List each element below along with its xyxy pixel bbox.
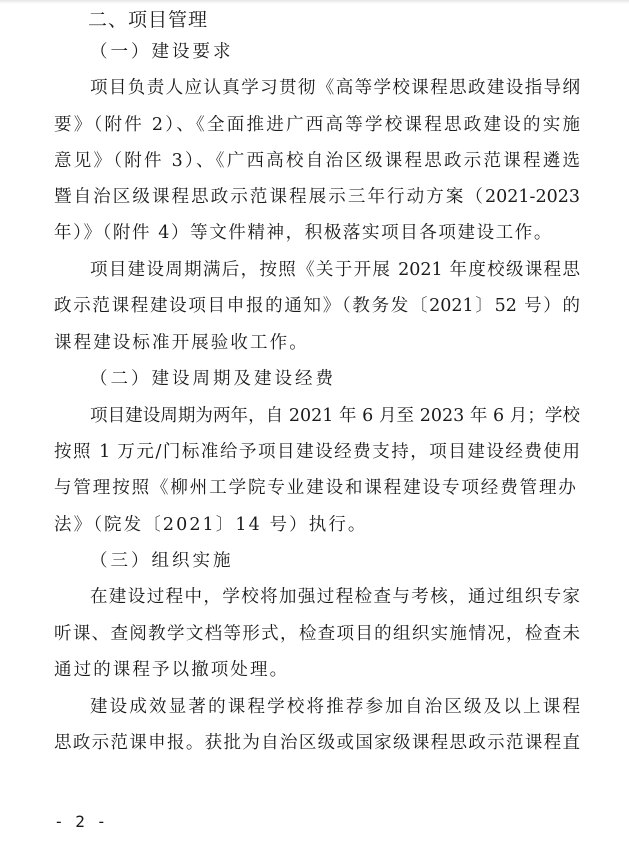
paragraph-line: 暨自治区级课程思政示范课程展示三年行动方案（2021-2023 [54,185,580,209]
paragraph-line: 意见》（附件 3）、《广西高校自治区级课程思政示范课程遴选 [54,149,580,173]
paragraph-line: 项目负责人应认真学习贯彻《高等学校课程思政建设指导纲 [90,76,580,100]
subsection-heading-3: （三）组织实施 [90,549,234,573]
page-number: - 2 - [54,812,107,831]
paragraph-line: 思政示范课申报。获批为自治区级或国家级课程思政示范课程直 [54,731,580,755]
paragraph-line: 年）》（附件 4）等文件精神，积极落实项目各项建设工作。 [54,221,553,245]
paragraph-line: 听课、查阅教学文档等形式，检查项目的组织实施情况，检查未 [54,622,580,646]
paragraph-line: 在建设过程中，学校将加强过程检查与考核，通过组织专家 [90,585,580,609]
paragraph-line: 要》（附件 2）、《全面推进广西高等学校课程思政建设的实施 [54,113,580,137]
paragraph-line: 课程建设标准开展验收工作。 [54,331,309,355]
paragraph-line: 按照 1 万元/门标准给予项目建设经费支持，项目建设经费使用 [54,440,580,464]
paragraph-line: 建设成效显著的课程学校将推荐参加自治区级及以上课程 [90,695,580,719]
subsection-heading-2: （二）建设周期及建设经费 [90,367,336,391]
paragraph-line: 项目建设周期满后，按照《关于开展 2021 年度校级课程思 [90,258,580,282]
subsection-heading-1: （一）建设要求 [90,40,234,64]
paragraph-line: 法》（院发〔2021〕14 号）执行。 [54,513,368,537]
paragraph-line: 政示范课程建设项目申报的通知》（教务发〔2021〕52 号）的 [54,294,580,318]
paragraph-line: 通过的课程予以撤项处理。 [54,658,289,682]
page-top-edge [0,0,629,4]
paragraph-line: 项目建设周期为两年，自 2021 年 6 月至 2023 年 6 月；学校 [90,404,580,428]
paragraph-line: 与管理按照《柳州工学院专业建设和课程建设专项经费管理办 [54,476,578,500]
section-title: 二、项目管理 [88,8,208,32]
